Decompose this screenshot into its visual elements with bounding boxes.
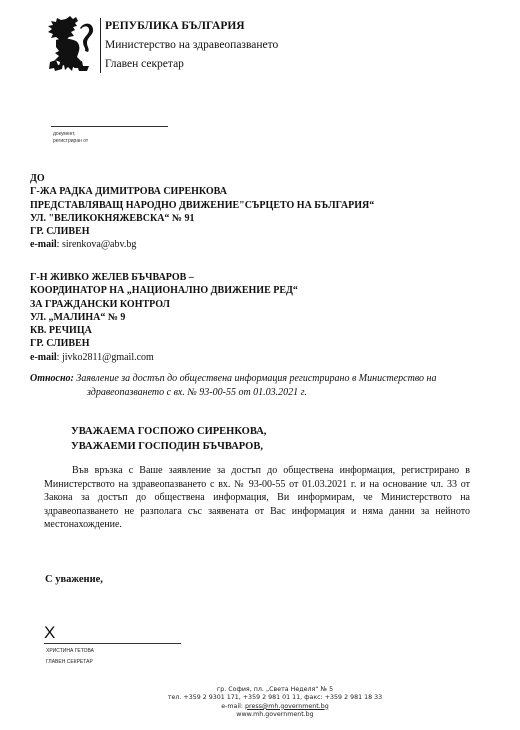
to-label: ДО bbox=[30, 172, 374, 185]
email-label: e-mail bbox=[30, 352, 57, 363]
signature-line bbox=[44, 643, 181, 644]
recipient2-district: КВ. РЕЧИЦА bbox=[30, 324, 298, 337]
signer-title: ГЛАВЕН СЕКРЕТАР bbox=[46, 659, 93, 665]
recipients-block: ДО Г-ЖА РАДКА ДИМИТРОВА СИРЕНКОВА ПРЕДСТ… bbox=[30, 172, 374, 252]
header-divider bbox=[100, 18, 101, 73]
recipient2-block: Г-Н ЖИВКО ЖЕЛЕВ БЪЧВАРОВ – КООРДИНАТОР Н… bbox=[30, 271, 298, 364]
footer-website[interactable]: www.mh.government.bg bbox=[130, 711, 420, 719]
recipient2-email[interactable]: jivko2811@gmail.com bbox=[62, 352, 154, 363]
recipient1-email[interactable]: sirenkova@abv.bg bbox=[62, 239, 136, 250]
recipient2-name: Г-Н ЖИВКО ЖЕЛЕВ БЪЧВАРОВ – bbox=[30, 271, 298, 284]
registration-line bbox=[51, 126, 168, 127]
recipient1-name: Г-ЖА РАДКА ДИМИТРОВА СИРЕНКОВА bbox=[30, 185, 374, 198]
subject-label: Относно: bbox=[30, 373, 74, 384]
recipient1-street: УЛ. "ВЕЛИКОКНЯЖЕВСКА“ № 91 bbox=[30, 212, 374, 225]
registration-label-2: регистриран от bbox=[53, 138, 88, 144]
footer-phones: тел. +359 2 9301 171, +359 2 981 01 11, … bbox=[130, 694, 420, 702]
bulgarian-lion-emblem-icon bbox=[46, 16, 96, 72]
registration-label-1: документ, bbox=[53, 131, 76, 137]
footer-email-link[interactable]: press@mh.government.bg bbox=[245, 703, 329, 710]
subject-line-2: здравеопазването с вх. № 93-00-55 от 01.… bbox=[30, 386, 500, 400]
signature-mark: X bbox=[44, 624, 55, 641]
recipient2-role2: ЗА ГРАЖДАНСКИ КОНТРОЛ bbox=[30, 298, 298, 311]
closing-text: С уважение, bbox=[45, 574, 103, 585]
recipient2-email-row: e-mail: jivko2811@gmail.com bbox=[30, 351, 298, 364]
body-paragraph: Във връзка с Ваше заявление за достъп до… bbox=[44, 464, 470, 532]
signer-name: ХРИСТИНА ГЕТОВА bbox=[46, 648, 94, 654]
footer-address: гр. София, пл. „Света Неделя“ № 5 bbox=[130, 686, 420, 694]
recipient1-role: ПРЕДСТАВЛЯВАЩ НАРОДНО ДВИЖЕНИЕ"СЪРЦЕТО Н… bbox=[30, 199, 374, 212]
subject-line-1: Заявление за достъп до обществена информ… bbox=[76, 373, 436, 384]
recipient1-email-row: e-mail: sirenkova@abv.bg bbox=[30, 238, 374, 251]
header-position: Главен секретар bbox=[105, 57, 184, 71]
greeting-line-1: УВАЖАЕМА ГОСПОЖО СИРЕНКОВА, bbox=[71, 425, 266, 439]
recipient2-city: ГР. СЛИВЕН bbox=[30, 337, 298, 350]
recipient2-role: КООРДИНАТОР НА „НАЦИОНАЛНО ДВИЖЕНИЕ РЕД“ bbox=[30, 284, 298, 297]
greeting-line-2: УВАЖАЕМИ ГОСПОДИН БЪЧВАРОВ, bbox=[71, 440, 263, 454]
email-label: e-mail bbox=[30, 239, 57, 250]
subject-block: Относно: Заявление за достъп до обществе… bbox=[30, 372, 500, 399]
recipient1-city: ГР. СЛИВЕН bbox=[30, 225, 374, 238]
footer-email-row: e-mail: press@mh.government.bg bbox=[130, 703, 420, 711]
footer-email-label: e-mail: bbox=[221, 703, 245, 710]
header-ministry: Министерство на здравеопазването bbox=[105, 38, 278, 52]
header-country: РЕПУБЛИКА БЪЛГАРИЯ bbox=[105, 19, 245, 33]
footer-block: гр. София, пл. „Света Неделя“ № 5 тел. +… bbox=[130, 686, 420, 719]
recipient2-street: УЛ. „МАЛИНА“ № 9 bbox=[30, 311, 298, 324]
